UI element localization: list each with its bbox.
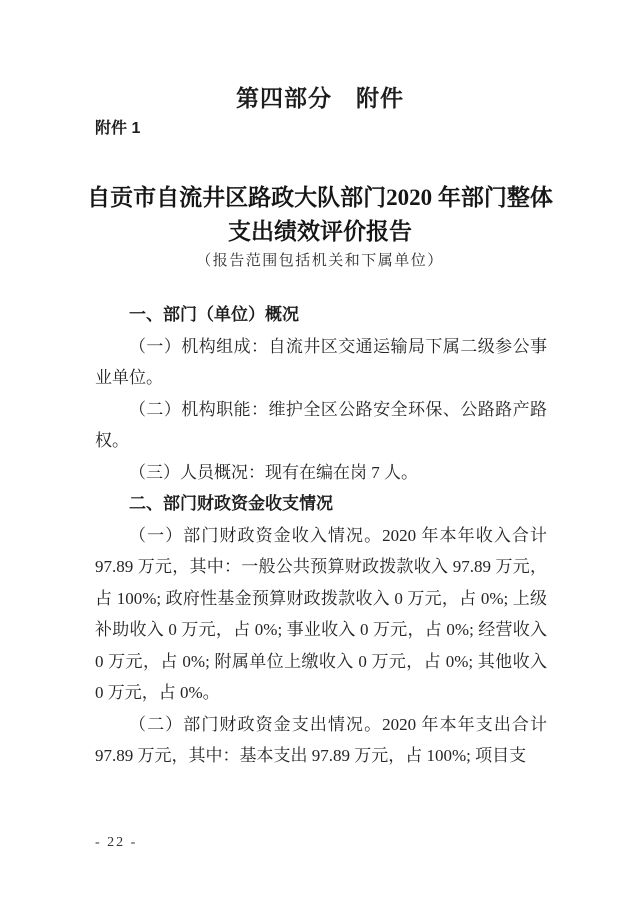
document-page: 第四部分 附件 附件 1 自贡市自流井区路政大队部门2020 年部门整体 支出绩…	[0, 0, 640, 905]
body-paragraph-org-composition: （一）机构组成：自流井区交通运输局下属二级参公事业单位。	[95, 331, 547, 394]
body-heading-1: 一、部门（单位）概况	[95, 299, 547, 331]
body-paragraph-org-function: （二）机构职能：维护全区公路安全环保、公路路产路权。	[95, 394, 547, 457]
report-title-line-2: 支出绩效评价报告	[40, 215, 600, 249]
report-title: 自贡市自流井区路政大队部门2020 年部门整体 支出绩效评价报告	[40, 181, 600, 249]
body-heading-2: 二、部门财政资金收支情况	[95, 488, 547, 520]
report-title-line-1: 自贡市自流井区路政大队部门2020 年部门整体	[40, 181, 600, 215]
body-paragraph-staff-overview: （三）人员概况：现有在编在岗 7 人。	[95, 457, 547, 489]
page-number: - 22 -	[95, 835, 137, 851]
body-paragraph-income: （一）部门财政资金收入情况。2020 年本年收入合计 97.89 万元，其中：一…	[95, 520, 547, 709]
attachment-label: 附件 1	[95, 115, 140, 138]
section-heading: 第四部分 附件	[0, 80, 640, 113]
body-paragraph-expenditure: （二）部门财政资金支出情况。2020 年本年支出合计 97.89 万元，其中：基…	[95, 709, 547, 772]
report-subtitle: （报告范围包括机关和下属单位）	[0, 249, 640, 270]
report-body: 一、部门（单位）概况 （一）机构组成：自流井区交通运输局下属二级参公事业单位。 …	[95, 299, 547, 772]
